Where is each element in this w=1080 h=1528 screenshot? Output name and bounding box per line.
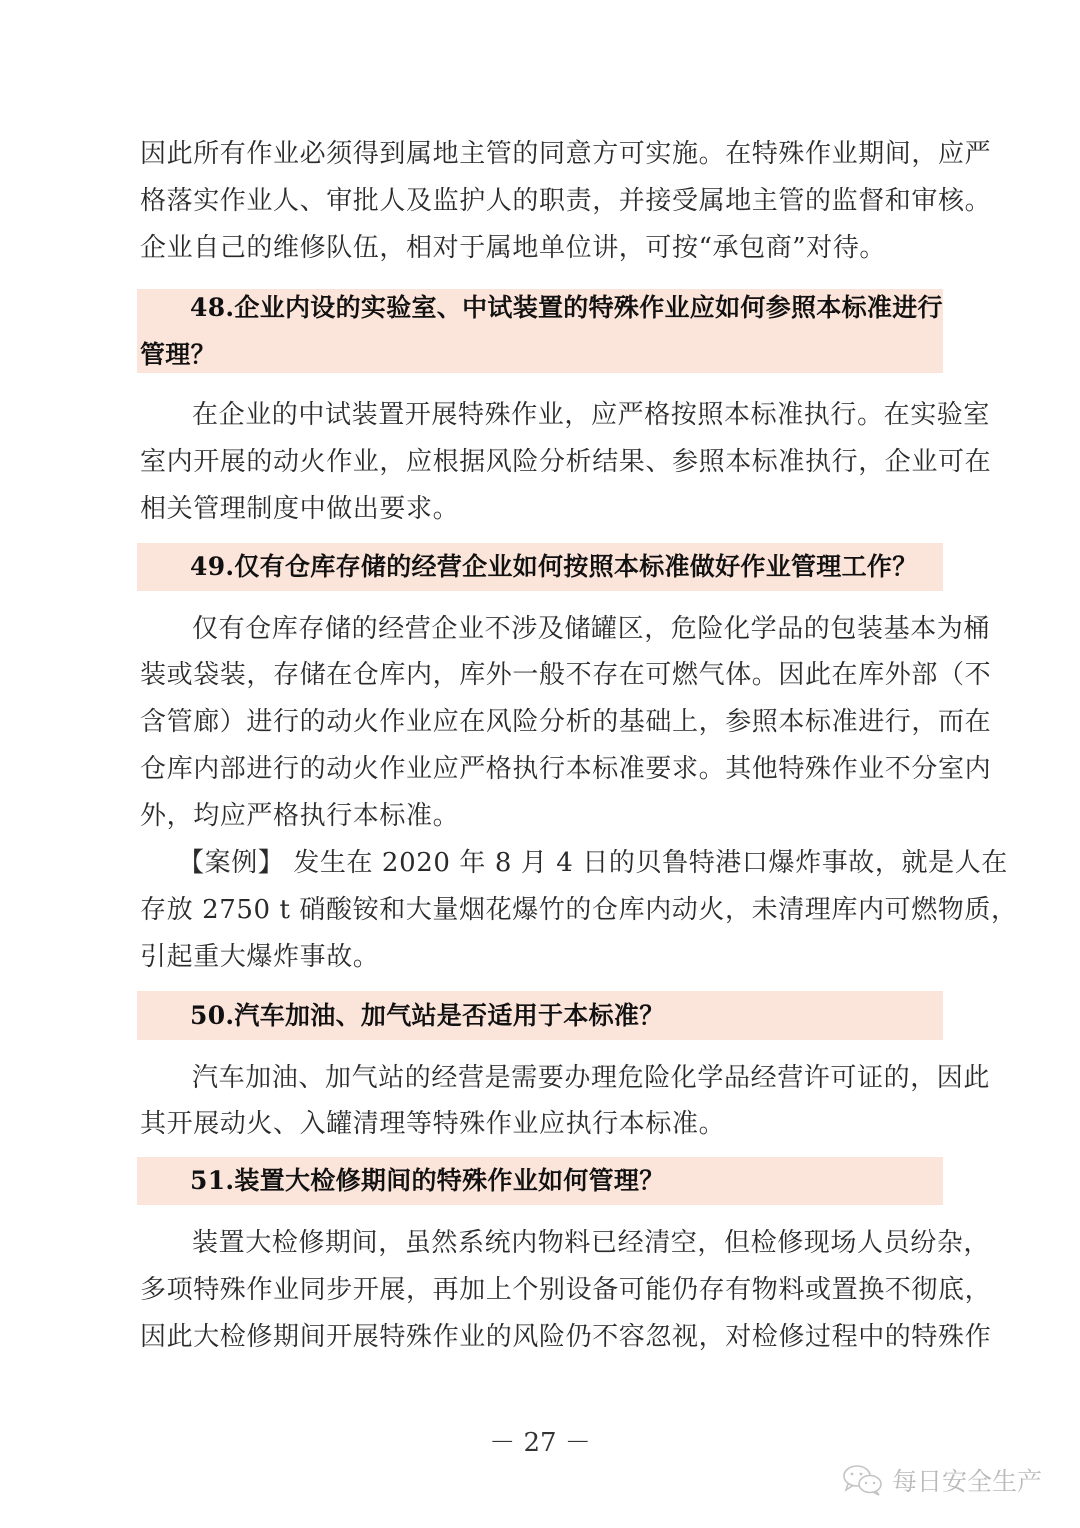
paragraph-line: 因此大检修期间开展特殊作业的风险仍不容忽视，对检修过程中的特殊作	[140, 1322, 944, 1352]
paragraph-line: 多项特殊作业同步开展，再加上个别设备可能仍存有物料或置换不彻底，	[140, 1275, 944, 1305]
watermark: 每日安全生产	[842, 1462, 1042, 1498]
paragraph-line: 格落实作业人、审批人及监护人的职责，并接受属地主管的监督和审核。	[140, 186, 944, 216]
case-line: 引起重大爆炸事故。	[140, 942, 944, 972]
paragraph-line: 在企业的中试装置开展特殊作业，应严格按照本标准执行。在实验室	[192, 400, 944, 430]
paragraph-line: 装或袋装，存储在仓库内，库外一般不存在可燃气体。因此在库外部（不	[140, 660, 944, 690]
paragraph-line: 室内开展的动火作业，应根据风险分析结果、参照本标准执行，企业可在	[140, 447, 944, 477]
paragraph-line: 仅有仓库存储的经营企业不涉及储罐区，危险化学品的包装基本为桶	[192, 614, 944, 644]
paragraph-line: 汽车加油、加气站的经营是需要办理危险化学品经营许可证的，因此	[192, 1063, 944, 1093]
section-heading-49: 49.仅有仓库存储的经营企业如何按照本标准做好作业管理工作？	[190, 552, 942, 582]
section-heading-48: 48.企业内设的实验室、中试装置的特殊作业应如何参照本标准进行	[190, 293, 942, 323]
case-line: 【案例】 发生在 2020 年 8 月 4 日的贝鲁特港口爆炸事故，就是人在	[178, 848, 930, 878]
paragraph-line: 外，均应严格执行本标准。	[140, 801, 944, 831]
section-heading-50: 50.汽车加油、加气站是否适用于本标准？	[190, 1001, 942, 1031]
section-heading-48-cont: 管理？	[140, 340, 216, 370]
paragraph-line: 企业自己的维修队伍，相对于属地单位讲，可按“承包商”对待。	[140, 233, 944, 263]
paragraph-line: 含管廊）进行的动火作业应在风险分析的基础上，参照本标准进行，而在	[140, 707, 944, 737]
document-page: 因此所有作业必须得到属地主管的同意方可实施。在特殊作业期间，应严 格落实作业人、…	[0, 0, 1080, 1528]
case-line: 存放 2750 t 硝酸铵和大量烟花爆竹的仓库内动火，未清理库内可燃物质，	[140, 895, 944, 925]
watermark-text: 每日安全生产	[892, 1462, 1042, 1498]
paragraph-line: 相关管理制度中做出要求。	[140, 494, 944, 524]
paragraph-line: 其开展动火、入罐清理等特殊作业应执行本标准。	[140, 1109, 944, 1139]
paragraph-line: 仓库内部进行的动火作业应严格执行本标准要求。其他特殊作业不分室内	[140, 754, 944, 784]
paragraph-line: 因此所有作业必须得到属地主管的同意方可实施。在特殊作业期间，应严	[140, 139, 944, 169]
page-number: － 27 －	[0, 1422, 1080, 1459]
paragraph-line: 装置大检修期间，虽然系统内物料已经清空，但检修现场人员纷杂，	[192, 1228, 944, 1258]
wechat-icon	[842, 1463, 884, 1497]
section-heading-51: 51.装置大检修期间的特殊作业如何管理？	[190, 1166, 942, 1196]
